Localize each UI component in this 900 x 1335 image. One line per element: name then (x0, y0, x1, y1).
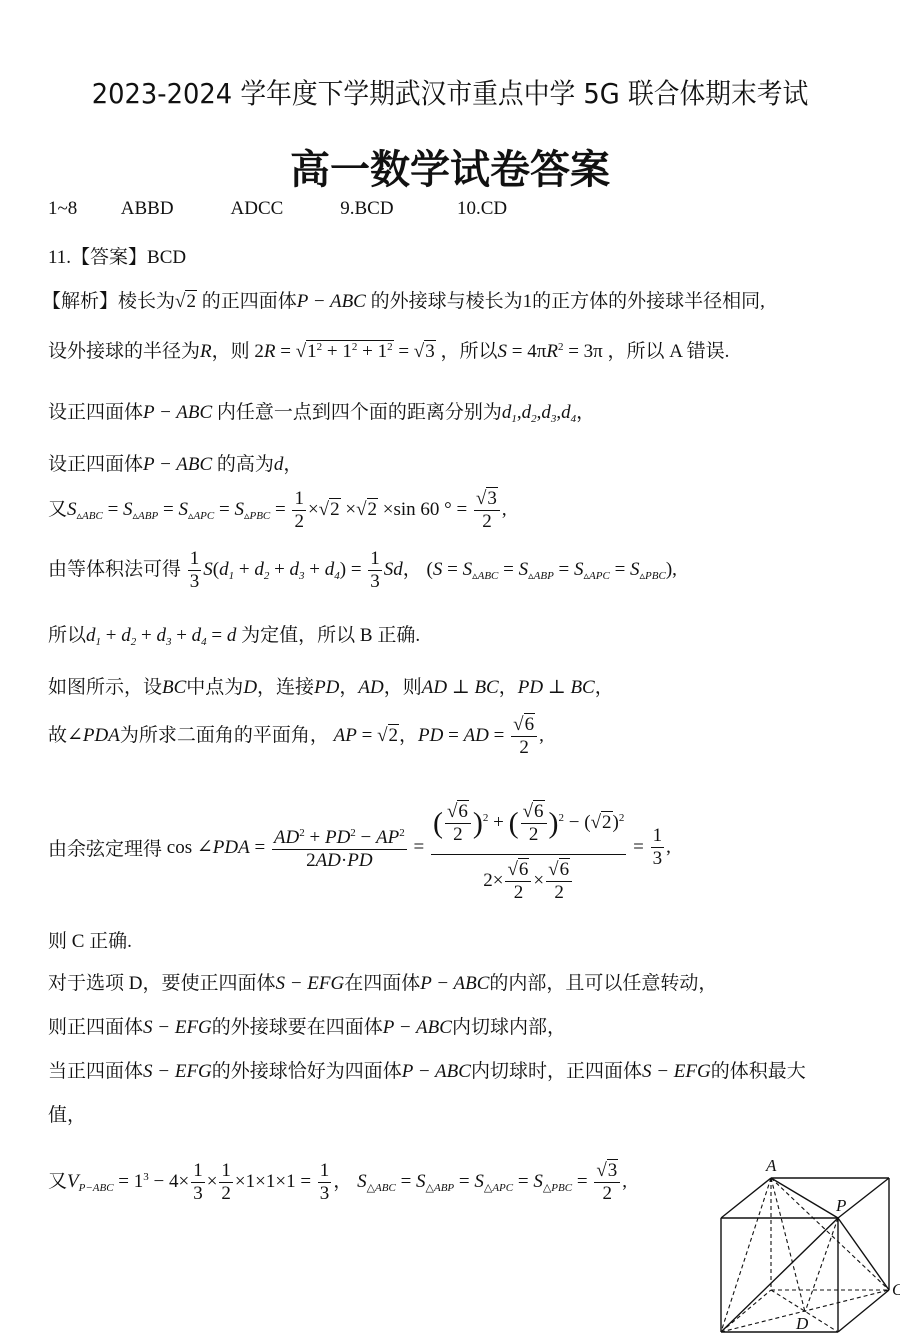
answer-group-1: ABBD (121, 198, 226, 220)
vertex-label-p: P (836, 1196, 846, 1216)
answer-q10: 10.CD (457, 198, 507, 220)
paper-title: 高一数学试卷答案 (0, 138, 900, 195)
solution-line-3: 设正四面体P − ABC 内任意一点到四个面的距离分别为d1,d2,d3,d4， (48, 397, 595, 425)
solution-line-11: 则 C 正确. (48, 926, 132, 953)
solution-line-4: 设正四面体P − ABC 的高为d， (48, 449, 302, 476)
vertex-label-a: A (766, 1156, 776, 1176)
solution-line-15: 值， (48, 1100, 86, 1127)
answer-q9: 9.BCD (340, 198, 452, 220)
solution-line-5: 又S▵ABC = S▵ABP = S▵APC = S▵PBC = 12×√2 ×… (48, 488, 507, 533)
solution-line-9: 故∠PDA为所求二面角的平面角， AP = √2，PD = AD = √62, (48, 714, 544, 759)
exam-title: 2023-2024 学年度下学期武汉市重点中学 5G 联合体期末考试 (36, 72, 864, 112)
vertex-label-c: C (892, 1280, 900, 1300)
solution-line-1: 【解析】棱长为√2 的正四面体P − ABC 的外接球与棱长为1的正方体的外接球… (42, 286, 765, 313)
solution-line-6: 由等体积法可得 13S(d1 + d2 + d3 + d4) = 13Sd， (… (48, 548, 677, 593)
cube-tetrahedron-figure: A P C D (708, 1150, 900, 1335)
solution-line-14: 当正四面体S − EFG的外接球恰好为四面体P − ABC内切球时，正四面体S … (48, 1056, 806, 1083)
solution-line-12: 对于选项 D，要使正四面体S − EFG在四面体P − ABC的内部，且可以任意… (48, 968, 717, 995)
q11-answer: 11.【答案】BCD (48, 242, 186, 269)
solution-line-13: 则正四面体S − EFG的外接球要在四面体P − ABC内切球内部， (48, 1012, 566, 1039)
solution-line-7: 所以d1 + d2 + d3 + d4 = d 为定值，所以 B 正确. (48, 620, 420, 648)
cube-diagram (708, 1150, 900, 1335)
answer-key-row: 1~8 ABBD ADCC 9.BCD 10.CD (48, 198, 507, 220)
solution-line-16: 又VP−ABC = 13 − 4×13×12×1×1×1 = 13， S△ABC… (48, 1160, 627, 1205)
solution-line-10: 由余弦定理得 cos ∠PDA = AD2 + PD2 − AP2 2AD·PD… (48, 788, 671, 907)
answer-range: 1~8 (48, 198, 116, 220)
answer-group-2: ADCC (231, 198, 336, 220)
solution-line-8: 如图所示，设BC中点为D，连接PD，AD，则AD ⊥ BC，PD ⊥ BC， (48, 672, 614, 699)
solution-line-2: 设外接球的半径为R，则 2R = √12 + 12 + 12 = √3 ，所以S… (48, 336, 729, 363)
vertex-label-d: D (796, 1314, 808, 1334)
